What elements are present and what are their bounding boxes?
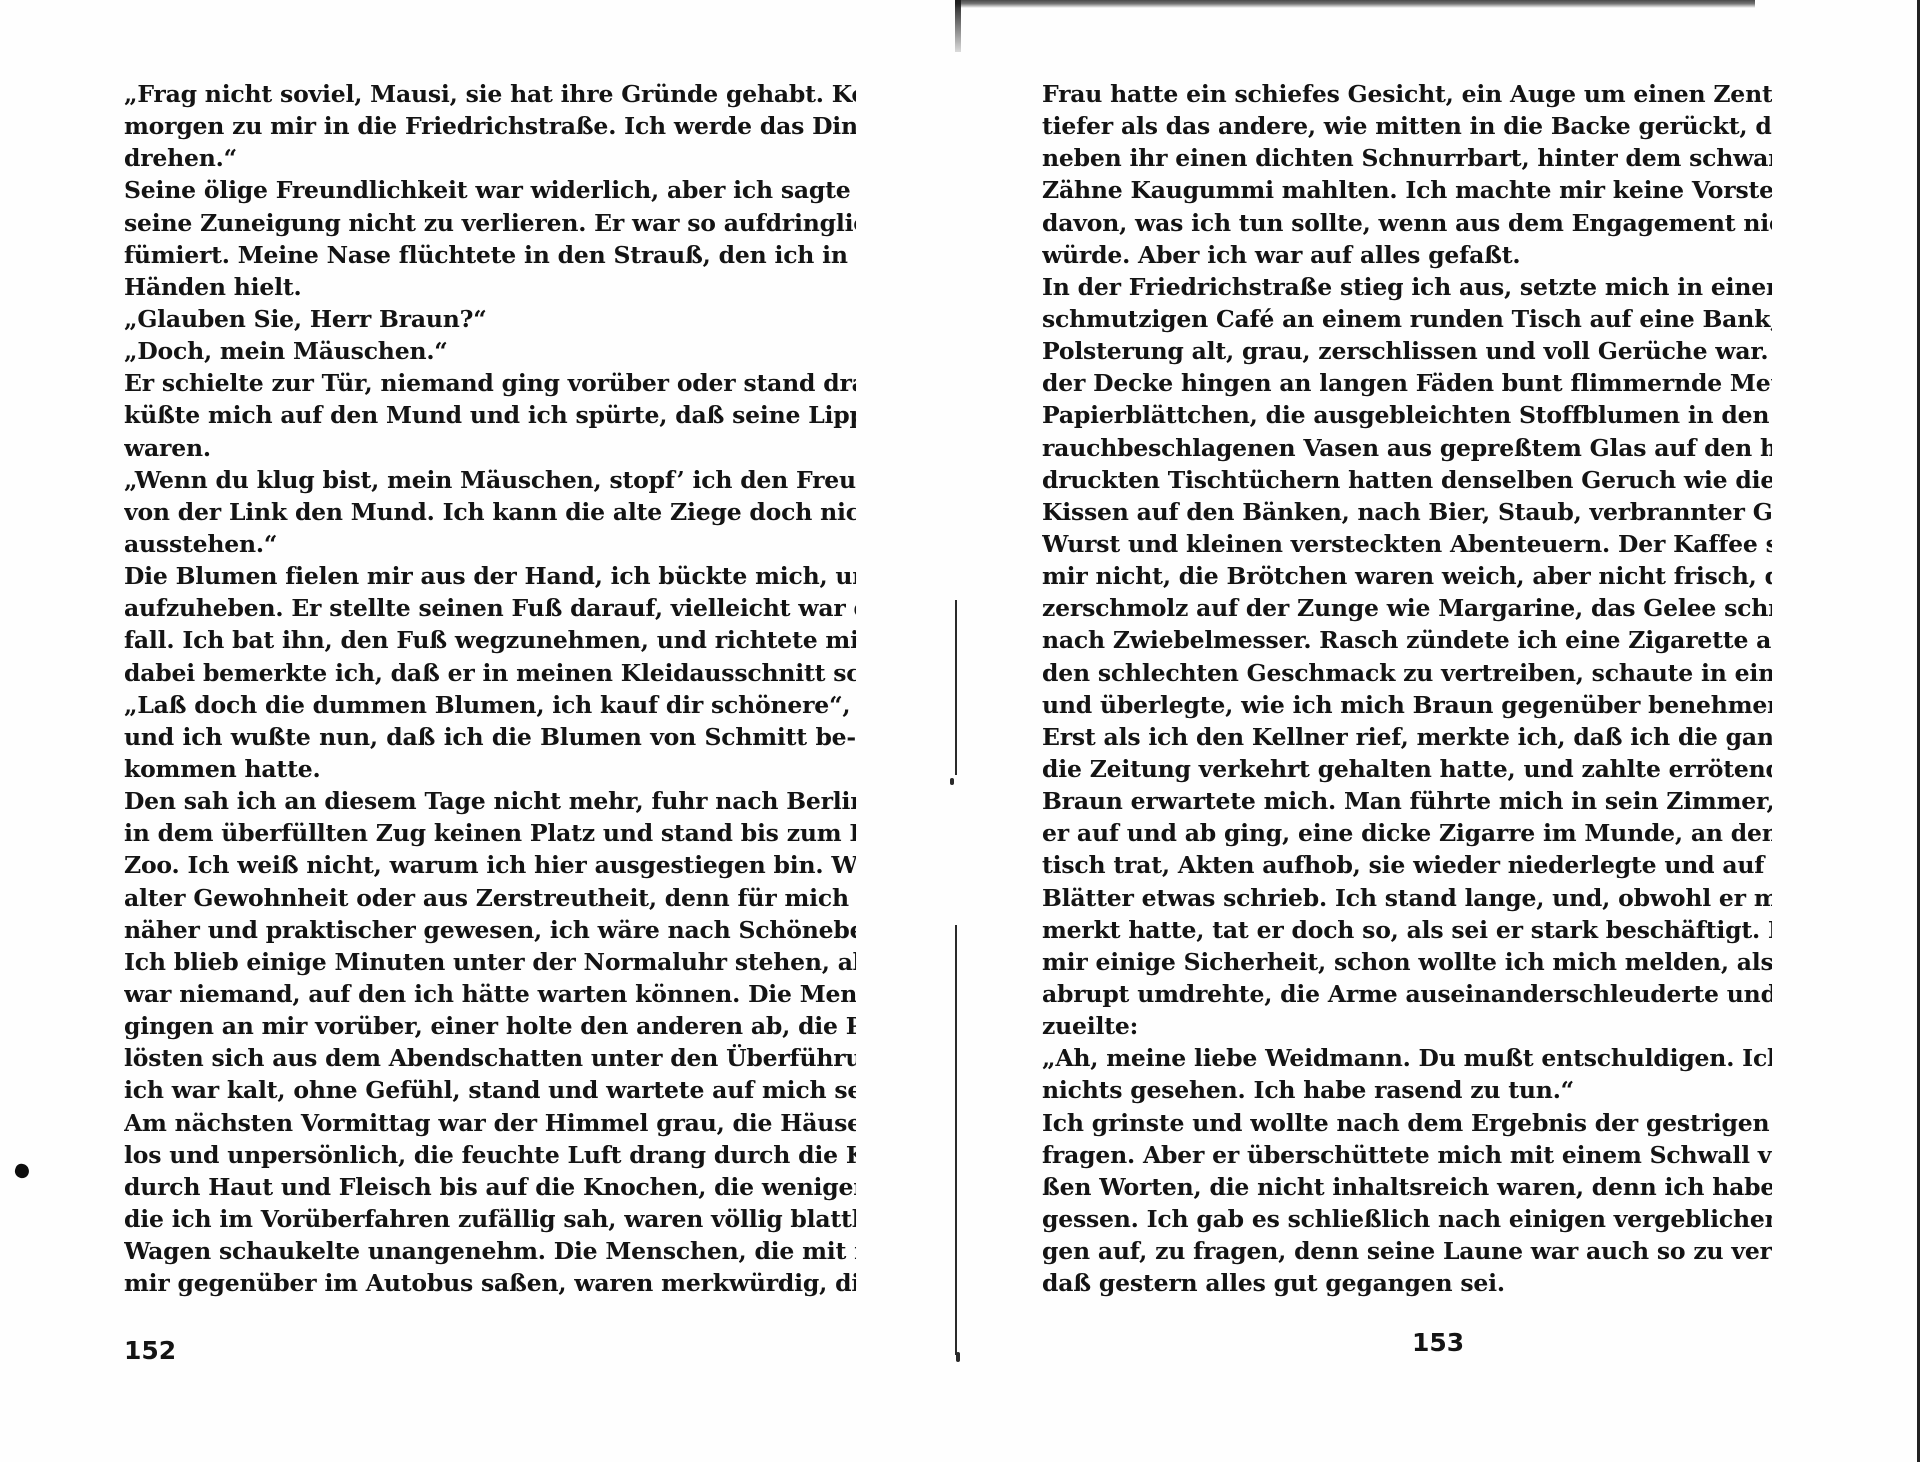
text-line: mir einige Sicherheit, schon wollte ich … [1042, 946, 1772, 978]
text-line: fümiert. Meine Nase flüchtete in den Str… [124, 239, 856, 271]
text-line: gen auf, zu fragen, denn seine Laune war… [1042, 1235, 1772, 1267]
text-line: Wurst und kleinen versteckten Abenteuern… [1042, 528, 1772, 560]
text-line: Zähne Kaugummi mahlten. Ich machte mir k… [1042, 174, 1772, 206]
text-line: von der Link den Mund. Ich kann die alte… [124, 496, 856, 528]
text-line: Papierblättchen, die ausgebleichten Stof… [1042, 399, 1772, 431]
text-line: alter Gewohnheit oder aus Zerstreutheit,… [124, 882, 856, 914]
text-line: Die Blumen fielen mir aus der Hand, ich … [124, 560, 856, 592]
text-line: fall. Ich bat ihn, den Fuß wegzunehmen, … [124, 624, 856, 656]
text-line: Blätter etwas schrieb. Ich stand lange, … [1042, 882, 1772, 914]
scan-top-corner-shadow [955, 0, 961, 52]
text-line: Er schielte zur Tür, niemand ging vorübe… [124, 367, 856, 399]
text-line: durch Haut und Fleisch bis auf die Knoch… [124, 1171, 856, 1203]
text-line: Am nächsten Vormittag war der Himmel gra… [124, 1107, 856, 1139]
text-line: abrupt umdrehte, die Arme auseinandersch… [1042, 978, 1772, 1010]
text-line: dabei bemerkte ich, daß er in meinen Kle… [124, 657, 856, 689]
text-line: In der Friedrichstraße stieg ich aus, se… [1042, 271, 1772, 303]
text-line: schmutzigen Café an einem runden Tisch a… [1042, 303, 1772, 335]
text-line: „Wenn du klug bist, mein Mäuschen, stopf… [124, 464, 856, 496]
text-line: nach Zwiebelmesser. Rasch zündete ich ei… [1042, 624, 1772, 656]
text-line: Seine ölige Freundlichkeit war widerlich… [124, 174, 856, 206]
text-line: waren. [124, 432, 856, 464]
text-line: küßte mich auf den Mund und ich spürte, … [124, 399, 856, 431]
text-line: fragen. Aber er überschüttete mich mit e… [1042, 1139, 1772, 1171]
text-line: neben ihr einen dichten Schnurrbart, hin… [1042, 142, 1772, 174]
text-line: Ich grinste und wollte nach dem Ergebnis… [1042, 1107, 1772, 1139]
text-line: zerschmolz auf der Zunge wie Margarine, … [1042, 592, 1772, 624]
text-line: Ich blieb einige Minuten unter der Norma… [124, 946, 856, 978]
text-line: „Laß doch die dummen Blumen, ich kauf di… [124, 689, 856, 721]
text-line: Polsterung alt, grau, zerschlissen und v… [1042, 335, 1772, 367]
text-line: druckten Tischtüchern hatten denselben G… [1042, 464, 1772, 496]
left-page-number: 152 [124, 1336, 176, 1365]
gutter-mark [950, 778, 954, 785]
text-line: Zoo. Ich weiß nicht, warum ich hier ausg… [124, 849, 856, 881]
text-line: gingen an mir vorüber, einer holte den a… [124, 1010, 856, 1042]
text-line: die Zeitung verkehrt gehalten hatte, und… [1042, 753, 1772, 785]
text-line: näher und praktischer gewesen, ich wäre … [124, 914, 856, 946]
text-line: los und unpersönlich, die feuchte Luft d… [124, 1139, 856, 1171]
text-line: mir gegenüber im Autobus saßen, waren me… [124, 1267, 856, 1299]
text-line: er auf und ab ging, eine dicke Zigarre i… [1042, 817, 1772, 849]
text-line: ßen Worten, die nicht inhaltsreich waren… [1042, 1171, 1772, 1203]
text-line: „Glauben Sie, Herr Braun?“ [124, 303, 856, 335]
gutter-mark [956, 1352, 960, 1362]
text-line: Frau hatte ein schiefes Gesicht, ein Aug… [1042, 78, 1772, 110]
text-line: zueilte: [1042, 1010, 1772, 1042]
text-line: rauchbeschlagenen Vasen aus gepreßtem Gl… [1042, 432, 1772, 464]
text-line: daß gestern alles gut gegangen sei. [1042, 1267, 1772, 1299]
text-line: davon, was ich tun sollte, wenn aus dem … [1042, 207, 1772, 239]
text-line: gessen. Ich gab es schließlich nach eini… [1042, 1203, 1772, 1235]
left-page-text: „Frag nicht soviel, Mausi, sie hat ihre … [124, 78, 856, 1299]
text-line: mir nicht, die Brötchen waren weich, abe… [1042, 560, 1772, 592]
text-line: drehen.“ [124, 142, 856, 174]
scan-top-shadow [955, 0, 1755, 8]
text-line: Kissen auf den Bänken, nach Bier, Staub,… [1042, 496, 1772, 528]
text-line: und überlegte, wie ich mich Braun gegenü… [1042, 689, 1772, 721]
text-line: merkt hatte, tat er doch so, als sei er … [1042, 914, 1772, 946]
text-line: „Ah, meine liebe Weidmann. Du mußt entsc… [1042, 1042, 1772, 1074]
text-line: tiefer als das andere, wie mitten in die… [1042, 110, 1772, 142]
right-page: Frau hatte ein schiefes Gesicht, ein Aug… [952, 0, 1920, 1462]
text-line: nichts gesehen. Ich habe rasend zu tun.“ [1042, 1074, 1772, 1106]
text-line: aufzuheben. Er stellte seinen Fuß darauf… [124, 592, 856, 624]
right-page-number: 153 [1412, 1328, 1464, 1357]
text-line: den schlechten Geschmack zu vertreiben, … [1042, 657, 1772, 689]
text-line: Braun erwartete mich. Man führte mich in… [1042, 785, 1772, 817]
left-page: „Frag nicht soviel, Mausi, sie hat ihre … [0, 0, 950, 1462]
text-line: in dem überfüllten Zug keinen Platz und … [124, 817, 856, 849]
gutter-line [955, 600, 957, 775]
text-line: seine Zuneigung nicht zu verlieren. Er w… [124, 207, 856, 239]
text-line: ausstehen.“ [124, 528, 856, 560]
text-line: kommen hatte. [124, 753, 856, 785]
text-line: die ich im Vorüberfahren zufällig sah, w… [124, 1203, 856, 1235]
text-line: Händen hielt. [124, 271, 856, 303]
text-line: Den sah ich an diesem Tage nicht mehr, f… [124, 785, 856, 817]
book-spread: „Frag nicht soviel, Mausi, sie hat ihre … [0, 0, 1920, 1462]
text-line: lösten sich aus dem Abendschatten unter … [124, 1042, 856, 1074]
text-line: tisch trat, Akten aufhob, sie wieder nie… [1042, 849, 1772, 881]
text-line: „Frag nicht soviel, Mausi, sie hat ihre … [124, 78, 856, 110]
gutter-line [955, 925, 957, 1355]
text-line: der Decke hingen an langen Fäden bunt fl… [1042, 367, 1772, 399]
text-line: und ich wußte nun, daß ich die Blumen vo… [124, 721, 856, 753]
right-page-text: Frau hatte ein schiefes Gesicht, ein Aug… [1042, 78, 1772, 1299]
text-line: „Doch, mein Mäuschen.“ [124, 335, 856, 367]
text-line: war niemand, auf den ich hätte warten kö… [124, 978, 856, 1010]
text-line: Wagen schaukelte unangenehm. Die Mensche… [124, 1235, 856, 1267]
text-line: morgen zu mir in die Friedrichstraße. Ic… [124, 110, 856, 142]
text-line: würde. Aber ich war auf alles gefaßt. [1042, 239, 1772, 271]
text-line: Erst als ich den Kellner rief, merkte ic… [1042, 721, 1772, 753]
text-line: ich war kalt, ohne Gefühl, stand und war… [124, 1074, 856, 1106]
